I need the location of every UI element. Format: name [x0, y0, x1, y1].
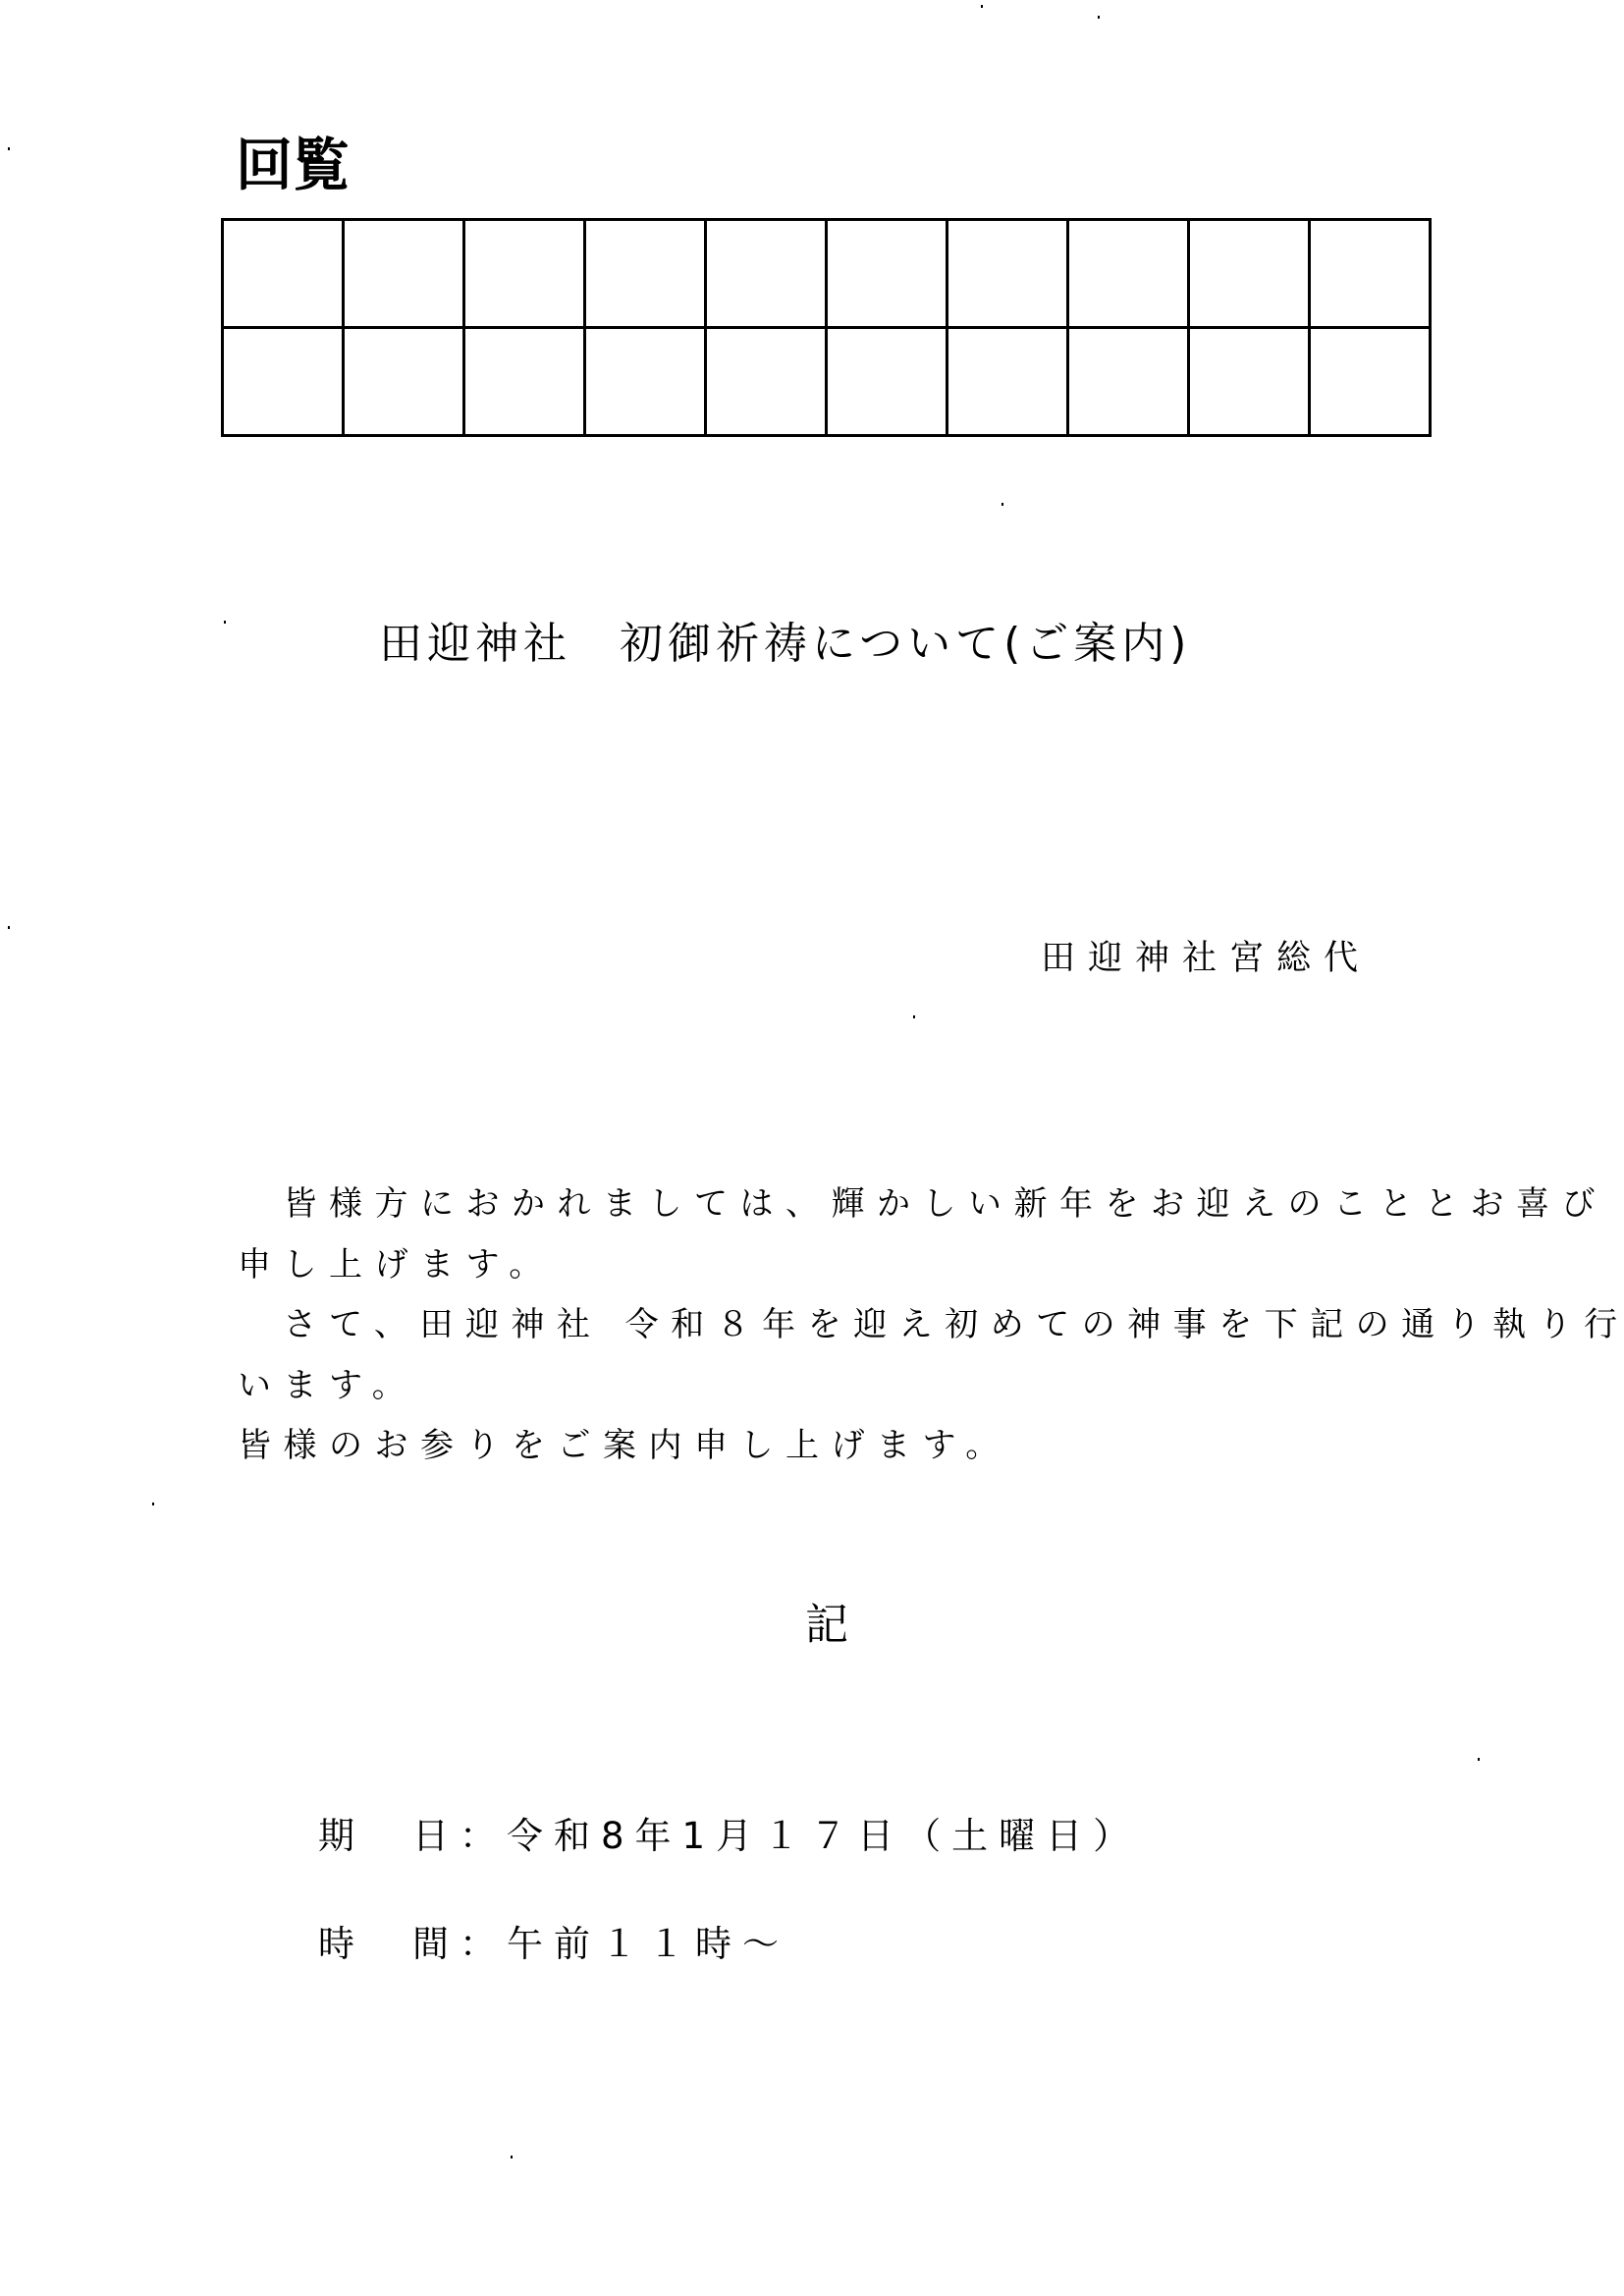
body-line: さて、田迎神社 令和８年を迎え初めての神事を下記の通り執り行 [238, 1295, 1624, 1356]
scan-noise [1001, 503, 1003, 506]
detail-separator: ： [460, 1923, 507, 1965]
detail-separator: ： [460, 1815, 507, 1857]
scan-noise [152, 1503, 154, 1505]
stamp-cell[interactable] [223, 220, 344, 328]
stamp-cell[interactable] [464, 220, 585, 328]
stamp-cell[interactable] [1189, 220, 1310, 328]
detail-label: 期 日 [318, 1815, 460, 1857]
stamp-cell[interactable] [223, 328, 344, 436]
stamp-cell[interactable] [344, 220, 464, 328]
stamp-cell[interactable] [706, 328, 827, 436]
circulation-heading: 回覧 [236, 126, 350, 204]
detail-time: 時 間：午前１１時～ [318, 1917, 1140, 2025]
stamp-row [223, 328, 1431, 436]
stamp-row [223, 220, 1431, 328]
scan-noise [8, 147, 10, 150]
scan-noise [511, 2156, 513, 2159]
scan-noise [913, 1015, 915, 1018]
circulation-stamp-table [221, 218, 1432, 437]
stamp-cell[interactable] [1189, 328, 1310, 436]
stamp-cell[interactable] [344, 328, 464, 436]
detail-value: 令和8年1月１７日（土曜日） [507, 1815, 1140, 1857]
scan-noise [224, 621, 226, 624]
body-line: 皆様のお参りをご案内申し上げます。 [238, 1416, 1624, 1477]
stamp-cell[interactable] [947, 220, 1068, 328]
body-paragraph: 皆様方におかれましては、輝かしい新年をお迎えのこととお喜び 申し上げます。 さて… [238, 1175, 1624, 1477]
body-line: 皆様方におかれましては、輝かしい新年をお迎えのこととお喜び [238, 1175, 1624, 1235]
scan-noise [8, 926, 10, 929]
scan-noise [981, 5, 983, 8]
stamp-cell[interactable] [585, 220, 706, 328]
scan-noise [1478, 1758, 1480, 1761]
body-line: 申し上げます。 [238, 1235, 1624, 1296]
detail-date: 期 日：令和8年1月１７日（土曜日） [318, 1809, 1140, 1917]
stamp-cell[interactable] [585, 328, 706, 436]
stamp-cell[interactable] [1068, 328, 1189, 436]
stamp-cell[interactable] [827, 220, 947, 328]
stamp-cell[interactable] [706, 220, 827, 328]
stamp-cell[interactable] [827, 328, 947, 436]
scan-noise [1098, 16, 1100, 19]
document-title: 田迎神社 初御祈祷について(ご案内) [379, 613, 1191, 676]
stamp-cell[interactable] [464, 328, 585, 436]
sender-name: 田迎神社宮総代 [1041, 933, 1371, 984]
stamp-cell[interactable] [1310, 328, 1431, 436]
stamp-cell[interactable] [947, 328, 1068, 436]
event-details: 期 日：令和8年1月１７日（土曜日） 時 間：午前１１時～ [318, 1809, 1140, 2025]
detail-label: 時 間 [318, 1923, 460, 1965]
stamp-cell[interactable] [1068, 220, 1189, 328]
stamp-cell[interactable] [1310, 220, 1431, 328]
detail-value: 午前１１時～ [507, 1923, 789, 1965]
body-line: います。 [238, 1356, 1624, 1417]
ki-heading: 記 [805, 1595, 848, 1656]
